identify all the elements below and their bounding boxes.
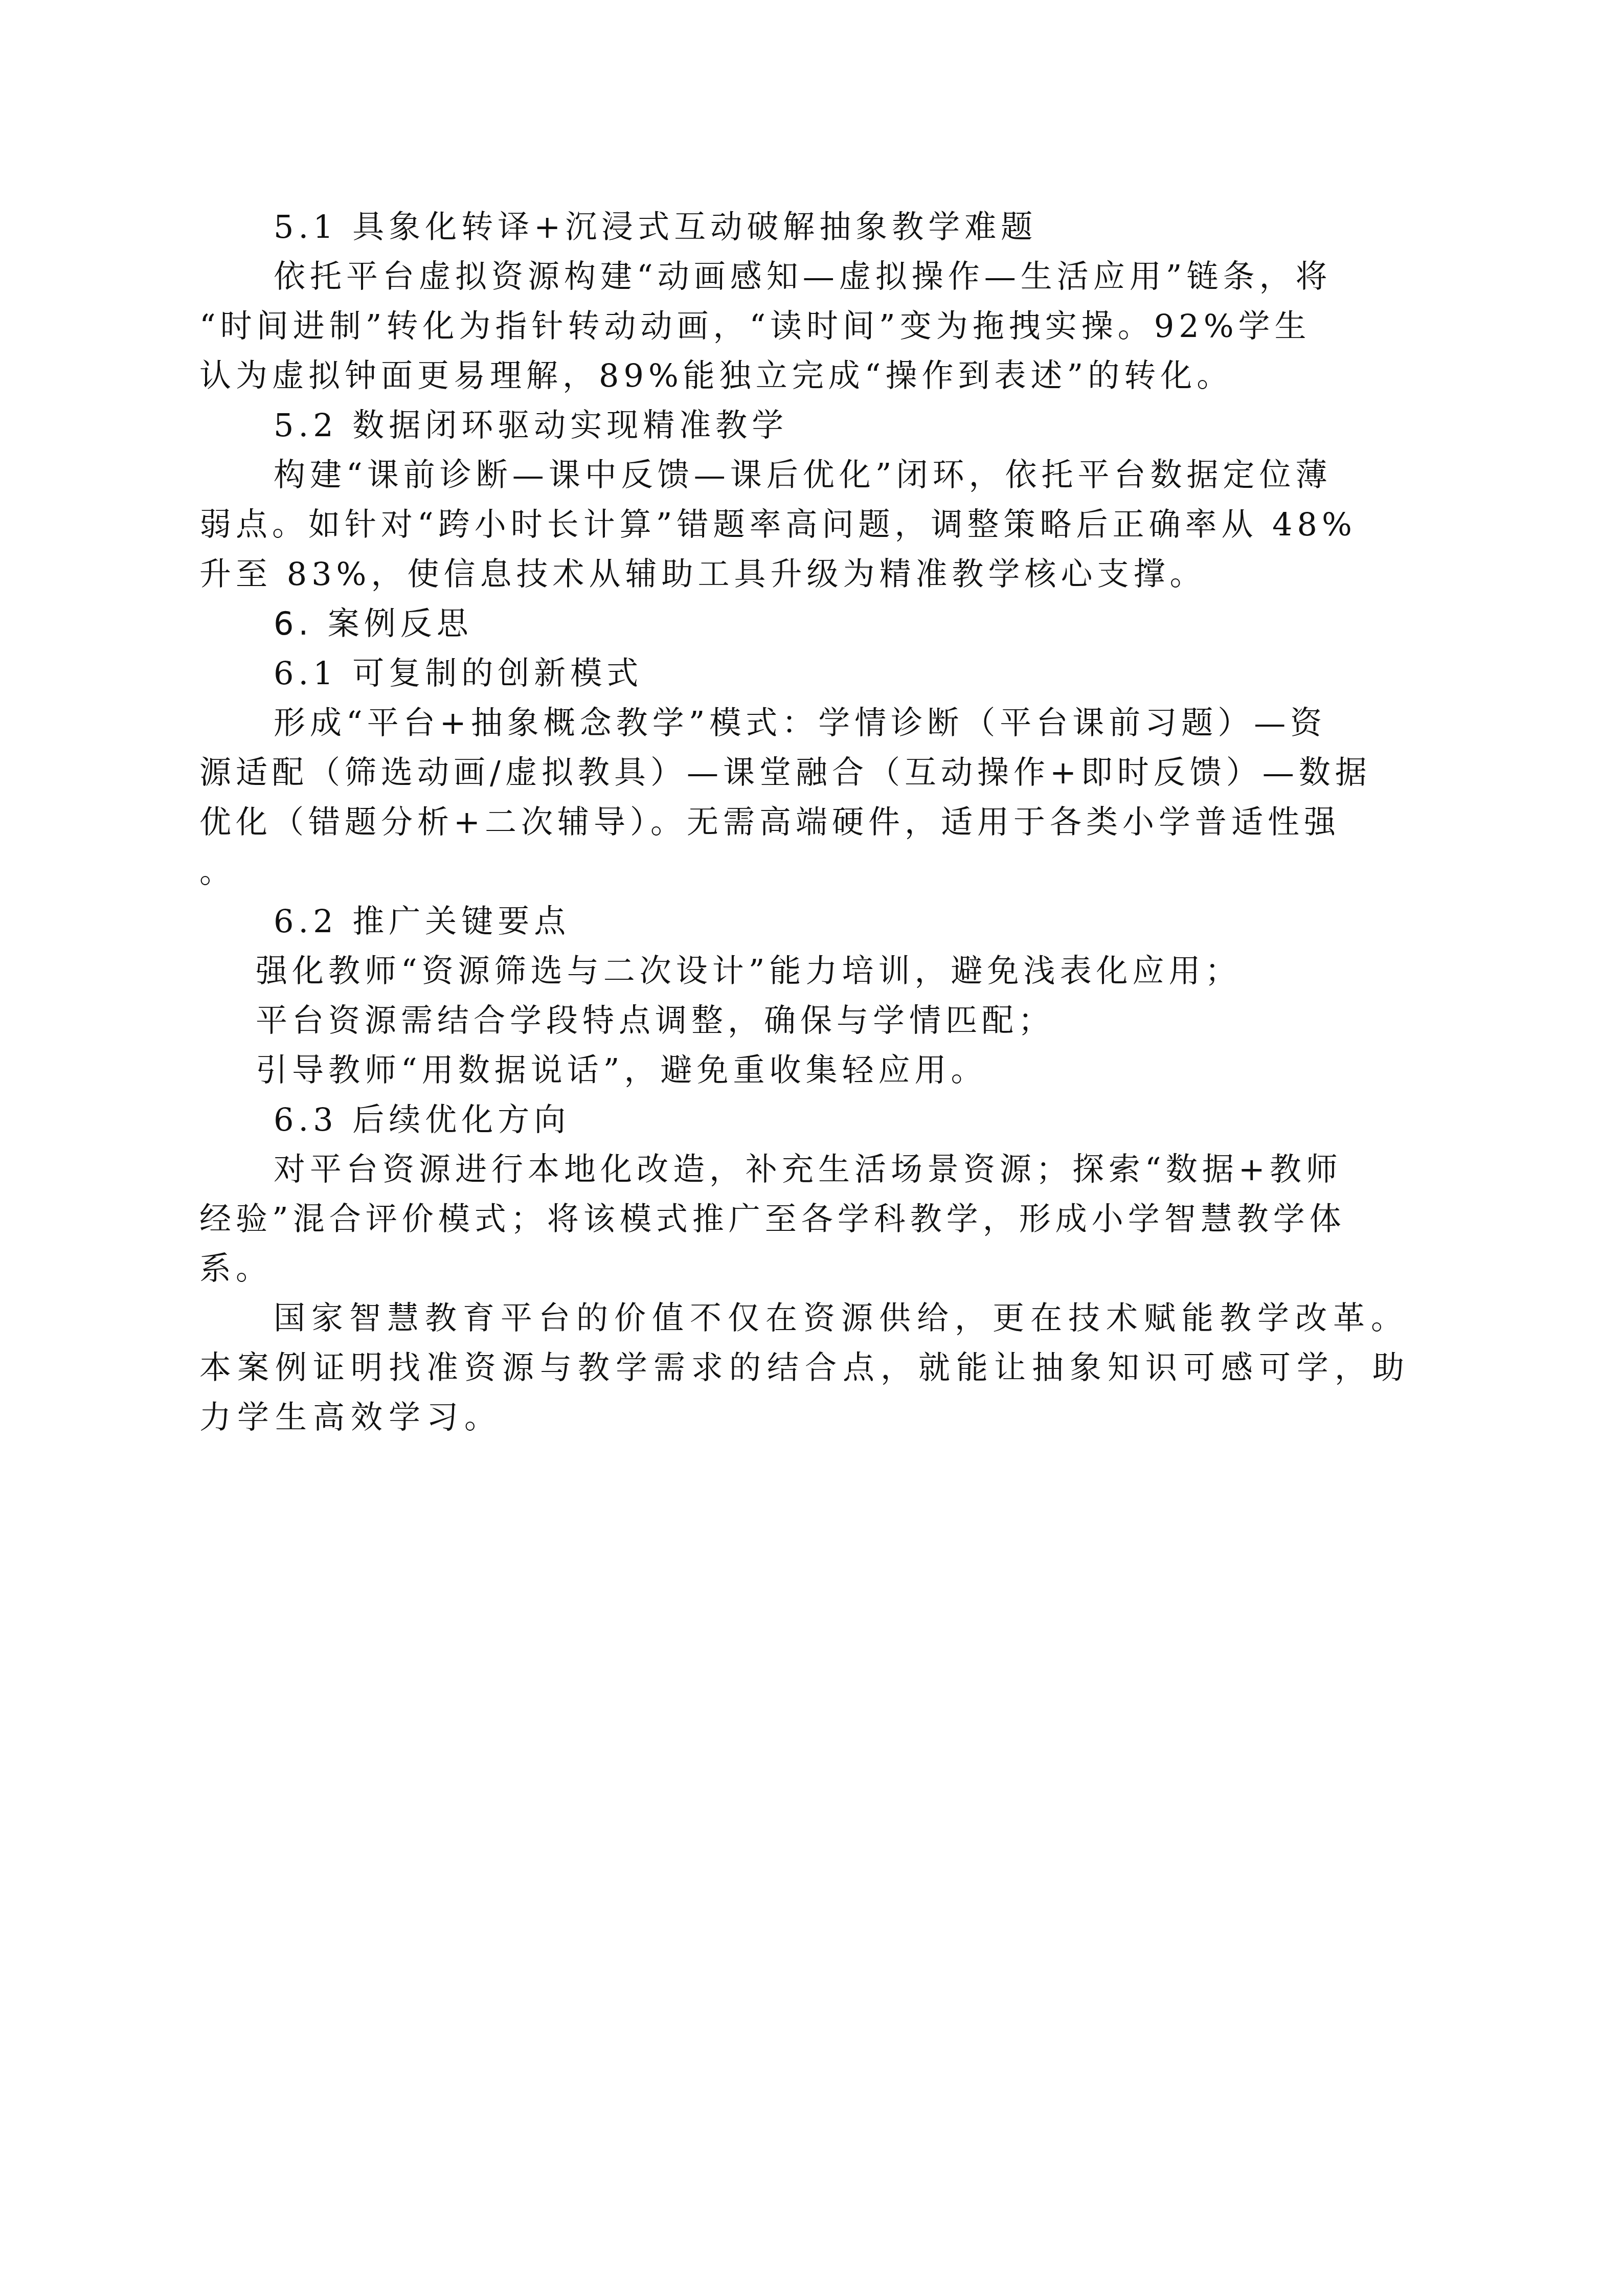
section-heading-5-1: 5.1 具象化转译+沉浸式互动破解抽象教学难题 (274, 202, 1037, 252)
paragraph-line: 构建“课前诊断—课中反馈—课后优化”闭环，依托平台数据定位薄 (274, 450, 1332, 500)
list-item: 引导教师“用数据说话”，避免重收集轻应用。 (256, 1045, 987, 1095)
paragraph-line: 升至 83%，使信息技术从辅助工具升级为精准教学核心支撑。 (199, 549, 1206, 599)
list-item: 强化教师“资源筛选与二次设计”能力培训，避免浅表化应用； (256, 946, 1241, 996)
paragraph-line: 依托平台虚拟资源构建“动画感知—虚拟操作—生活应用”链条，将 (274, 252, 1332, 301)
paragraph-line: 源适配（筛选动画/虚拟教具）—课堂融合（互动操作+即时反馈）—数据 (199, 748, 1371, 797)
paragraph-line: 弱点。如针对“跨小时长计算”错题率高问题，调整策略后正确率从 48% (199, 500, 1357, 549)
section-heading-6-3: 6.3 后续优化方向 (274, 1095, 570, 1144)
conclusion-line: 力学生高效学习。 (199, 1392, 502, 1442)
section-heading-5-2: 5.2 数据闭环驱动实现精准教学 (274, 400, 788, 450)
paragraph-line: 对平台资源进行本地化改造，补充生活场景资源；探索“数据+教师 (274, 1144, 1342, 1194)
section-heading-6-1: 6.1 可复制的创新模式 (274, 648, 643, 698)
list-item: 平台资源需结合学段特点调整，确保与学情匹配； (256, 996, 1054, 1045)
paragraph-line: 优化（错题分析+二次辅导）。无需高端硬件，适用于各类小学普适性强 (199, 797, 1340, 847)
paragraph-line: 。 (199, 847, 236, 896)
document-page: 5.1 具象化转译+沉浸式互动破解抽象教学难题 依托平台虚拟资源构建“动画感知—… (0, 0, 1623, 2296)
paragraph-line: 认为虚拟钟面更易理解，89%能独立完成“操作到表述”的转化。 (199, 351, 1233, 400)
paragraph-line: “时间进制”转化为指针转动动画，“读时间”变为拖拽实操。92%学生 (199, 301, 1311, 351)
paragraph-line: 经验”混合评价模式；将该模式推广至各学科教学，形成小学智慧教学体 (199, 1194, 1346, 1244)
paragraph-line: 系。 (199, 1244, 272, 1293)
conclusion-line: 国家智慧教育平台的价值不仅在资源供给，更在技术赋能教学改革。 (274, 1293, 1409, 1343)
conclusion-line: 本案例证明找准资源与教学需求的结合点，就能让抽象知识可感可学，助 (199, 1343, 1410, 1392)
paragraph-line: 形成“平台+抽象概念教学”模式：学情诊断（平台课前习题）—资 (274, 698, 1326, 748)
section-heading-6-2: 6.2 推广关键要点 (274, 896, 570, 946)
section-heading-6: 6. 案例反思 (274, 599, 473, 648)
